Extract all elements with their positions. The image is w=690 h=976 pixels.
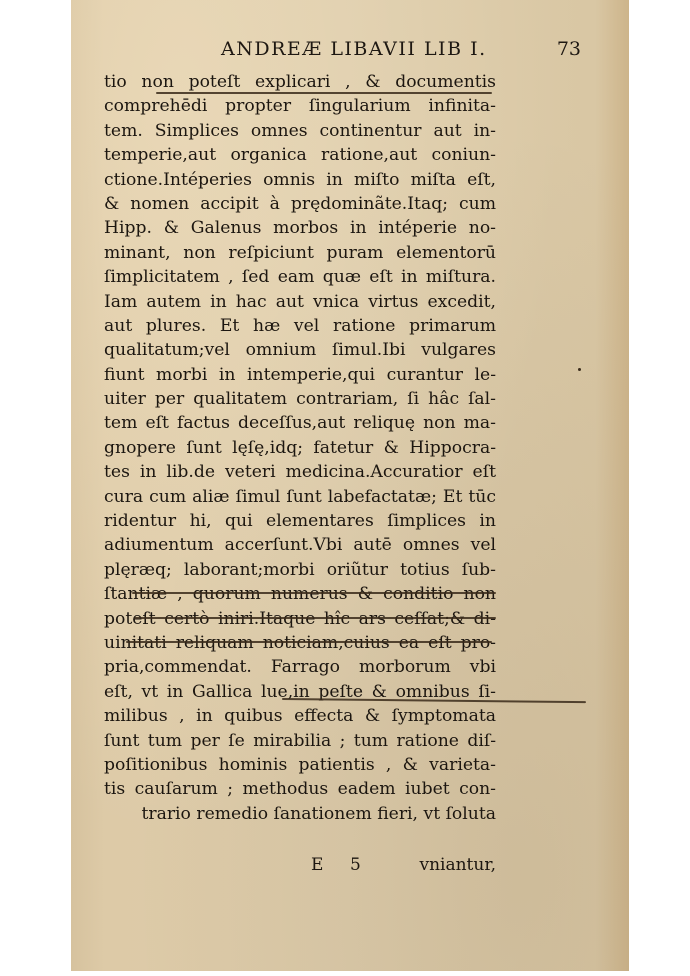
text-line: cura cum aliæ ſimul ſunt labefactatæ; Et… — [104, 485, 496, 509]
text-line: ridentur hi, qui elementares ſimplices i… — [104, 509, 496, 533]
text-line: & nomen accipit à prędominãte.Itaq; cum — [104, 192, 496, 216]
text-line: poſitionibus hominis patientis , & varie… — [104, 753, 496, 777]
text-line: comprehēdi propter ſingularium infinita- — [104, 94, 496, 118]
text-line: pria,commendat. Farrago morborum vbi — [104, 655, 496, 679]
text-line: fiunt morbi in intemperie,qui curantur l… — [104, 363, 496, 387]
text-line: trario remedio ſanationem fieri, vt ſolu… — [104, 802, 496, 826]
text-line: temperie,aut organica ratione,aut coniun… — [104, 143, 496, 167]
text-line: aut plures. Et hæ vel ratione primarum — [104, 314, 496, 338]
body-text: tio non poteſt explicari , & documentis … — [104, 70, 496, 826]
text-line: tis cauſarum ; methodus eadem iubet con- — [104, 777, 496, 801]
text-line: milibus , in quibus effecta & ſymptomata — [104, 704, 496, 728]
text-line: plęræq; laborant;morbi oriũtur totius ſu… — [104, 558, 496, 582]
text-line: gnopere ſunt lęſę,idq; fatetur & Hippocr… — [104, 436, 496, 460]
text-line: Hipp. & Galenus morbos in intéperie no- — [104, 216, 496, 240]
page-footer: E 5 vniantur, — [104, 855, 496, 879]
handwritten-underline — [132, 592, 496, 594]
text-line: tio non poteſt explicari , & documentis — [104, 70, 496, 94]
running-head: ANDREÆ LIBAVII LIB I. 73 — [221, 38, 581, 60]
text-line: Iam autem in hac aut vnica virtus excedi… — [104, 290, 496, 314]
text-line: ſimplicitatem , ſed eam quæ eſt in miſtu… — [104, 265, 496, 289]
signature-number: 5 — [350, 855, 361, 875]
page-number: 73 — [557, 38, 581, 60]
text-line: minant, non reſpiciunt puram elementorū — [104, 241, 496, 265]
text-line: uiter per qualitatem contrariam, ſi hâc … — [104, 387, 496, 411]
running-head-title: ANDREÆ LIBAVII LIB I. — [221, 38, 487, 60]
text-line: adiumentum accerſunt.Vbi autē omnes vel — [104, 533, 496, 557]
text-line: ctione.Intéperies omnis in miſto miſta e… — [104, 168, 496, 192]
text-line: tem eſt factus deceſſus,aut reliquę non … — [104, 411, 496, 435]
handwritten-underline — [156, 92, 492, 94]
text-line: uinitati reliquam noticiam,cuius ea eſt … — [104, 631, 496, 655]
signature-mark: E — [311, 855, 323, 875]
text-line: tem. Simplices omnes continentur aut in- — [104, 119, 496, 143]
margin-speck — [578, 368, 581, 371]
text-line: ſunt tum per ſe mirabilia ; tum ratione … — [104, 729, 496, 753]
text-line: ſtantiæ , quorum numerus & conditio non — [104, 582, 496, 606]
text-line: tes in lib.de veteri medicina.Accuratior… — [104, 460, 496, 484]
catchword: vniantur, — [419, 855, 496, 875]
handwritten-underline — [134, 617, 496, 619]
text-line: qualitatum;vel omnium ſimul.Ibi vulgares — [104, 338, 496, 362]
handwritten-underline — [126, 641, 492, 643]
